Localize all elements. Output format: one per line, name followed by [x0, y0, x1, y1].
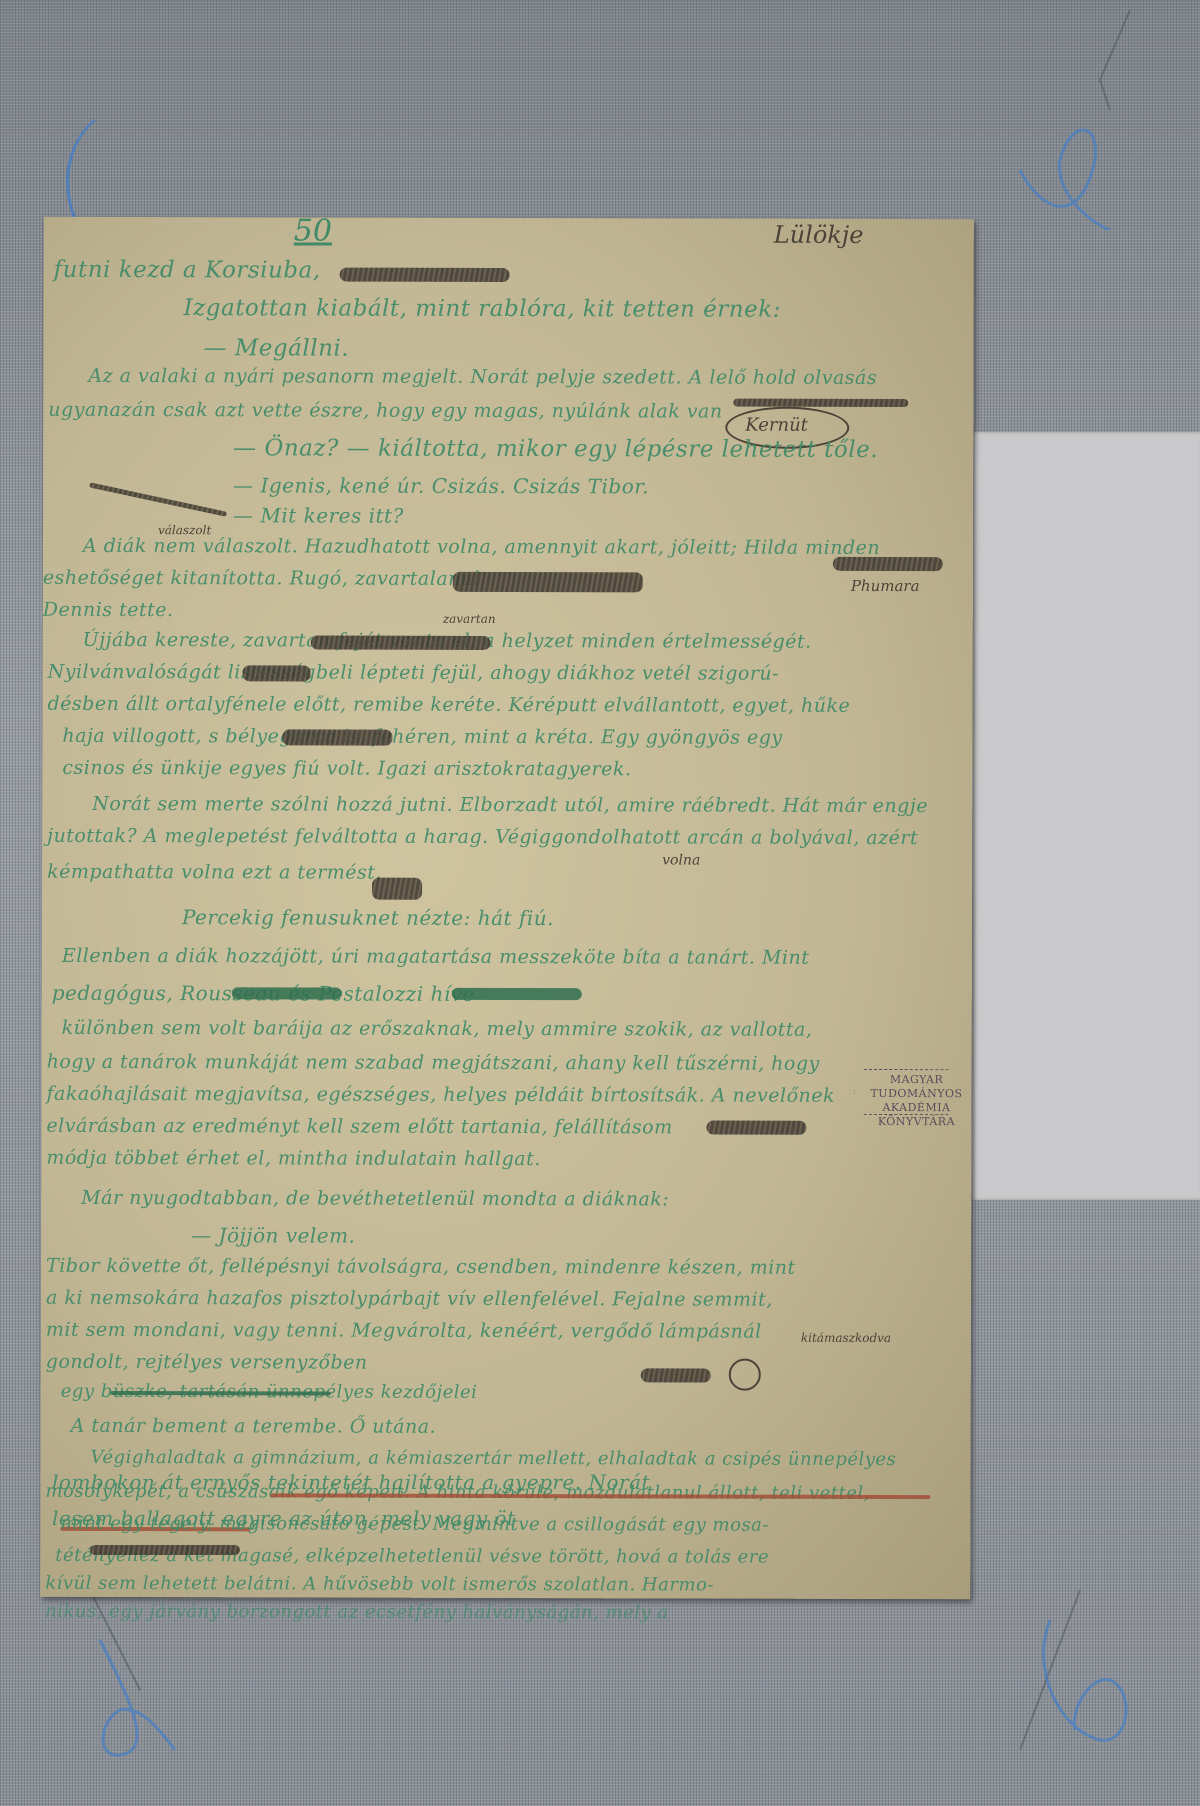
strikethrough — [111, 1391, 331, 1396]
manuscript-line: Tibor követte őt, fellépésnyi távolságra… — [46, 1255, 796, 1279]
manuscript-line: — Igenis, kené úr. Csizás. Csizás Tibor. — [233, 473, 649, 498]
strikethrough — [243, 665, 311, 681]
manuscript-line: Percekig fenusuknet nézte: hát fiú. — [182, 905, 554, 930]
strikethrough — [90, 1545, 240, 1555]
manuscript-page: 50 Lülökje futni kezd a Korsiuba, Izgato… — [40, 217, 974, 1599]
manuscript-line: elvárásban az eredményt kell szem előtt … — [46, 1115, 672, 1139]
pencil-scribble — [372, 878, 422, 900]
strikethrough — [232, 987, 342, 999]
manuscript-line: Már nyugodtabban, de bevéthetetlenül mon… — [81, 1187, 669, 1211]
manuscript-line: lesem ballagott egyre az úton, mely vagy… — [52, 1506, 516, 1530]
manuscript-line: különben sem volt baráija az erőszaknak,… — [62, 1017, 813, 1041]
manuscript-line: futni kezd a Korsiuba, — [54, 257, 321, 284]
manuscript-line: gondolt, rejtélyes versenyzőben — [46, 1351, 368, 1374]
manuscript-line: mit sem mondani, vagy tenni. Megvárolta,… — [46, 1319, 762, 1343]
page-number: 50 — [294, 213, 332, 248]
manuscript-line: hogy a tanárok munkáját nem szabad megjá… — [47, 1051, 820, 1075]
manuscript-line: Végighaladtak a gimnázium, a kémiaszertá… — [91, 1447, 897, 1470]
manuscript-line: Ellenben a diák hozzájött, úri magatartá… — [62, 945, 810, 969]
stamp-frame — [853, 1069, 948, 1115]
manuscript-line: kémpathatta volna ezt a termést. — [47, 861, 382, 884]
circled-mark — [729, 1359, 761, 1391]
title-annotation: Lülökje — [774, 221, 864, 249]
manuscript-line: — Jöjjön velem. — [191, 1223, 355, 1247]
strikethrough — [706, 1121, 806, 1135]
strikethrough — [311, 635, 491, 649]
manuscript-line: Norát sem merte szólni hozzá jutni. Elbo… — [92, 793, 928, 817]
manuscript-line: A diák nem válaszolt. Hazudhatott volna,… — [83, 535, 880, 559]
manuscript-line: ugyanazán csak azt vette észre, hogy egy… — [48, 399, 722, 423]
manuscript-line: Az a valaki a nyári pesanorn megjelt. No… — [88, 365, 877, 389]
pencil-scribble — [89, 482, 227, 516]
strikethrough — [733, 399, 908, 407]
backing-card — [972, 432, 1200, 1200]
stamp-line: KÖNYVTÁRA — [861, 1115, 971, 1129]
library-stamp: MAGYAR TUDOMÁNYOS AKADÉMIA KÖNYVTÁRA — [861, 1073, 971, 1129]
manuscript-line: haja villogott, s bélyegarca is, fehéren… — [62, 725, 782, 749]
manuscript-line: Izgatottan kiabált, mint rablóra, kit te… — [184, 295, 781, 323]
strikethrough — [340, 268, 510, 282]
manuscript-line: eshetőséget kitanította. Rugó, zavartala… — [43, 567, 480, 590]
manuscript-line: nikus, egy járvány borzongott az ecsetfé… — [45, 1601, 669, 1624]
corner-mark-bottom-right — [1000, 1580, 1140, 1770]
manuscript-line: Nyilvánvalóságát listességbeli lépteti f… — [48, 661, 780, 685]
manuscript-line: — Megállni. — [203, 335, 349, 361]
manuscript-line: — Önaz? — kiáltotta, mikor egy lépésre l… — [233, 435, 878, 463]
manuscript-line: fakaóhajlásait megjavítsa, egészséges, h… — [46, 1083, 835, 1107]
corner-mark-top-right — [1000, 0, 1140, 230]
manuscript-line: A tanár bement a terembe. Ő utána. — [71, 1415, 437, 1438]
strikethrough — [453, 572, 643, 592]
strikethrough — [452, 988, 582, 1000]
manuscript-line: désben állt ortalyfénele előtt, remibe k… — [48, 693, 851, 717]
manuscript-line: Dennis tette. — [43, 599, 174, 621]
pencil-insertion: volna — [662, 852, 700, 868]
pencil-insertion: Kernüt — [745, 415, 808, 436]
strikethrough — [833, 557, 943, 571]
pencil-scribble — [641, 1368, 711, 1382]
strikethrough — [282, 729, 392, 745]
manuscript-line: jutottak? A meglepetést felváltotta a ha… — [47, 825, 918, 849]
pencil-insertion: zavartan — [443, 612, 496, 626]
manuscript-line: a ki nemsokára hazafos pisztolypárbajt v… — [46, 1287, 773, 1311]
manuscript-line: módja többet érhet el, mintha indulatain… — [46, 1147, 541, 1170]
manuscript-line: — Mit keres itt? — [233, 503, 404, 527]
pencil-insertion: Phumara — [851, 577, 920, 595]
manuscript-line: lombokon át ernyős tekintetét hajlította… — [52, 1470, 650, 1494]
manuscript-line: kívül sem lehetett belátni. A hűvösebb v… — [45, 1573, 714, 1596]
manuscript-line: csinos és ünkije egyes fiú volt. Igazi a… — [62, 757, 631, 780]
pencil-insertion: kitámaszkodva — [801, 1331, 891, 1345]
